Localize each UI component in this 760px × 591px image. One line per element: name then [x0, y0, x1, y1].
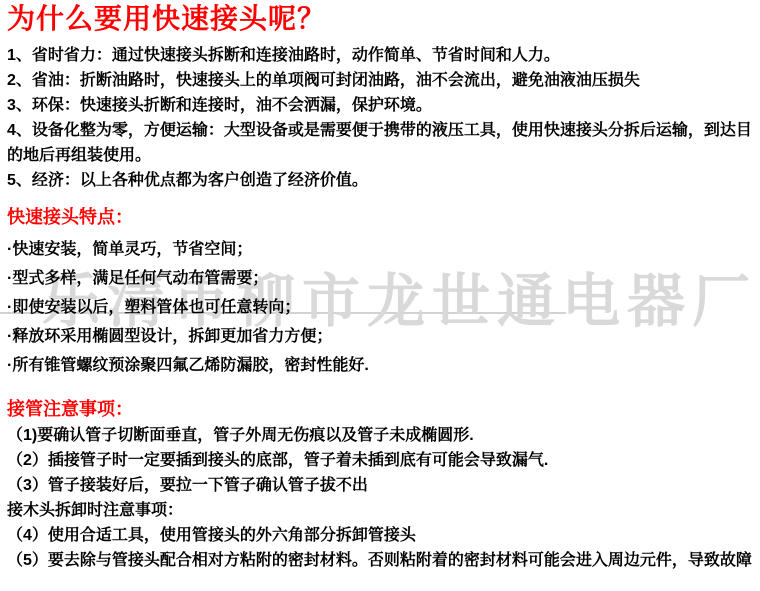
notes-heading: 接管注意事项：	[7, 399, 753, 420]
feature-item-2: ·型式多样，满足任何气动布管需要；	[7, 264, 753, 293]
note-item-5: （5）要去除与管接头配合相对方粘附的密封材料。否则粘附着的密封材料可能会进入周边…	[7, 548, 753, 573]
notes-subheading: 接木头拆卸时注意事项：	[7, 498, 753, 523]
document-body: 为什么要用快速接头呢？ 1、省时省力：通过快速接头拆断和连接油路时，动作简单、节…	[0, 0, 760, 573]
reason-item-3: 3、环保：快速接头折断和连接时，油不会洒漏，保护环境。	[7, 93, 753, 118]
note-item-1: （1)要确认管子切断面垂直，管子外周无伤痕以及管子未成椭圆形.	[7, 423, 753, 448]
features-heading: 快速接头特点：	[7, 207, 753, 228]
reasons-list: 1、省时省力：通过快速接头拆断和连接油路时，动作简单、节省时间和人力。 2、省油…	[7, 43, 753, 193]
notes-list: （1)要确认管子切断面垂直，管子外周无伤痕以及管子未成椭圆形. （2）插接管子时…	[7, 423, 753, 573]
feature-item-5: ·所有锥管螺纹预涂聚四氟乙烯防漏胶，密封性能好.	[7, 351, 753, 380]
note-item-3: （3）管子接装好后，要拉一下管子确认管子拔不出	[7, 473, 753, 498]
reason-item-2: 2、省油：折断油路时，快速接头上的单项阀可封闭油路，油不会流出，避免油液油压损失	[7, 68, 753, 93]
reason-item-4: 4、设备化整为零，方便运输：大型设备或是需要便于携带的液压工具，使用快速接头分拆…	[7, 118, 753, 168]
page-title: 为什么要用快速接头呢？	[7, 4, 753, 36]
note-item-4: （4）使用合适工具，使用管接头的外六角部分拆卸管接头	[7, 523, 753, 548]
note-item-2: （2）插接管子时一定要插到接头的底部，管子着未插到底有可能会导致漏气.	[7, 448, 753, 473]
feature-item-4: ·释放环采用椭圆型设计，拆卸更加省力方便；	[7, 322, 753, 351]
reason-item-1: 1、省时省力：通过快速接头拆断和连接油路时，动作简单、节省时间和人力。	[7, 43, 753, 68]
reason-item-5: 5、经济：以上各种优点都为客户创造了经济价值。	[7, 168, 753, 193]
feature-item-1: ·快速安装，简单灵巧，节省空间；	[7, 235, 753, 264]
features-list: ·快速安装，简单灵巧，节省空间； ·型式多样，满足任何气动布管需要； ·即使安装…	[7, 235, 753, 380]
feature-item-3: ·即使安装以后，塑料管体也可任意转向；	[7, 293, 753, 322]
